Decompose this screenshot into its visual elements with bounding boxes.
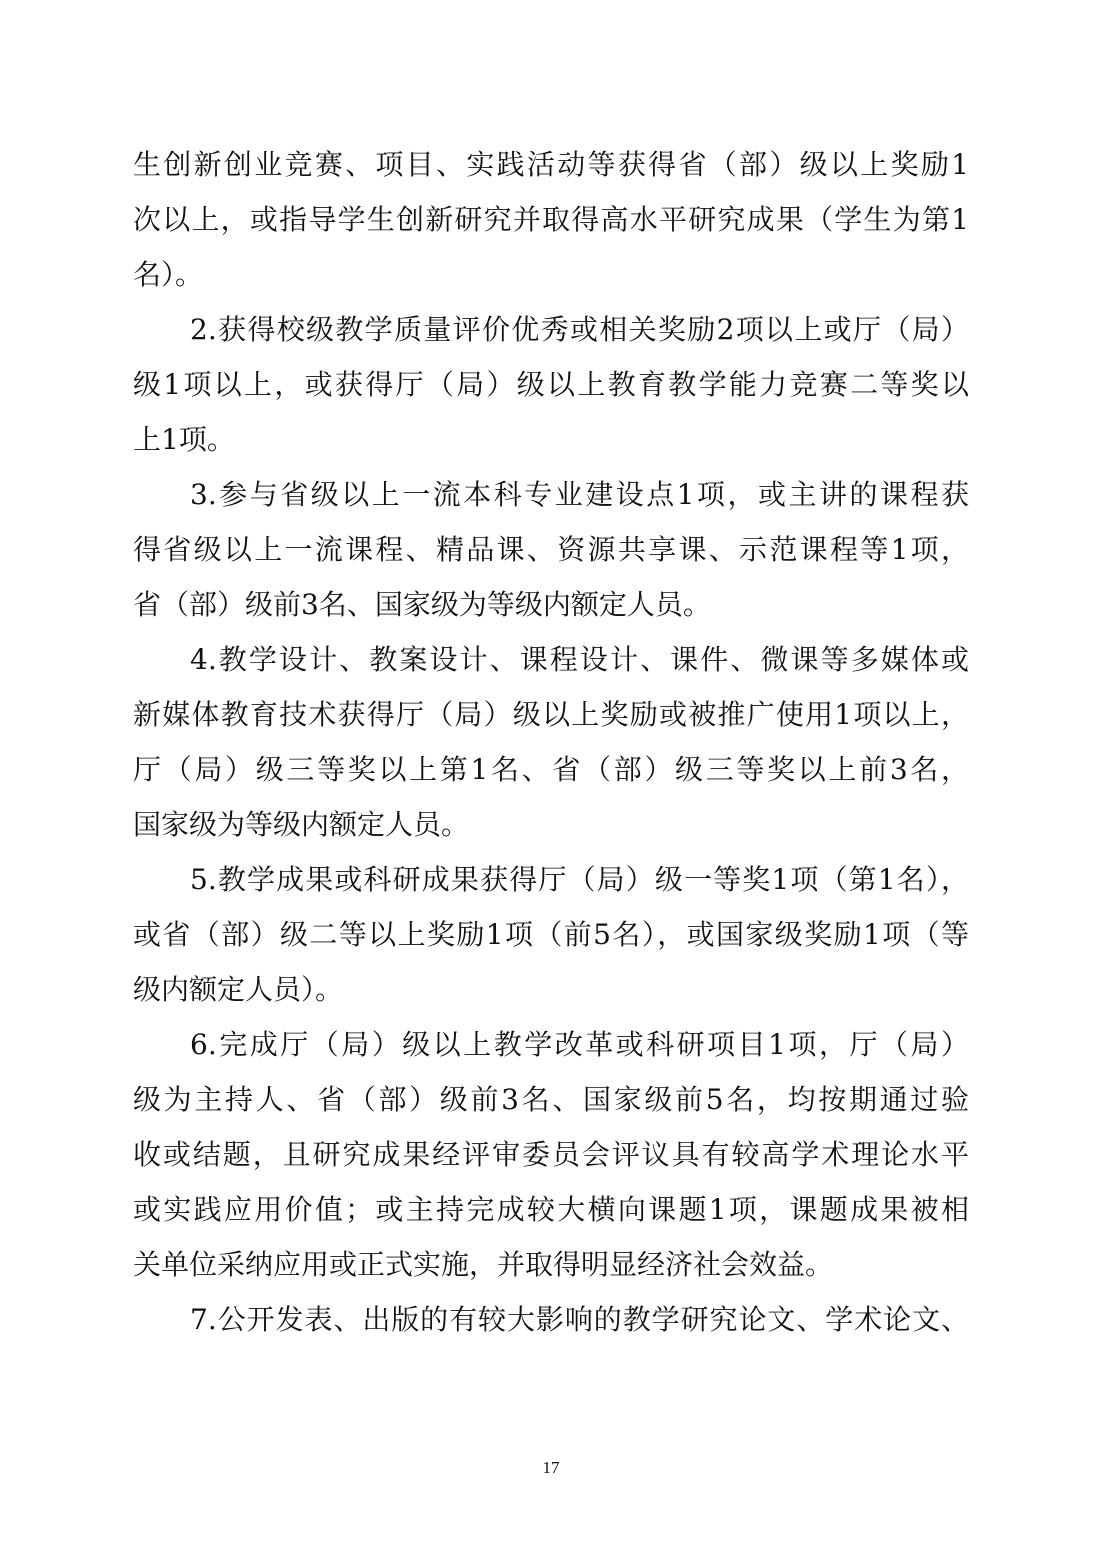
text-line: 厅（局）级三等奖以上第1名、省（部）级三等奖以上前3名， — [133, 750, 969, 790]
text-line: 名）。 — [133, 255, 969, 295]
text-line: 得省级以上一流课程、精品课、资源共享课、示范课程等1项， — [133, 530, 969, 570]
document-page: 生创新创业竞赛、项目、实践活动等获得省（部）级以上奖励1次以上，或指导学生创新研… — [0, 0, 1102, 1559]
text-line: 收或结题，且研究成果经评审委员会评议具有较高学术理论水平 — [133, 1135, 969, 1175]
text-line: 2.获得校级教学质量评价优秀或相关奖励2项以上或厅（局） — [190, 310, 969, 350]
text-line: 或省（部）级二等以上奖励1项（前5名），或国家级奖励1项（等 — [133, 915, 969, 955]
text-line: 或实践应用价值；或主持完成较大横向课题1项，课题成果被相 — [133, 1190, 969, 1230]
text-line: 6.完成厅（局）级以上教学改革或科研项目1项，厅（局） — [190, 1025, 969, 1065]
text-line: 级内额定人员）。 — [133, 970, 969, 1010]
text-line: 生创新创业竞赛、项目、实践活动等获得省（部）级以上奖励1 — [133, 145, 969, 185]
text-line: 7.公开发表、出版的有较大影响的教学研究论文、学术论文、 — [190, 1300, 969, 1340]
text-line: 4.教学设计、教案设计、课程设计、课件、微课等多媒体或 — [190, 640, 969, 680]
text-line: 5.教学成果或科研成果获得厅（局）级一等奖1项（第1名）， — [190, 860, 969, 900]
text-line: 3.参与省级以上一流本科专业建设点1项，或主讲的课程获 — [190, 475, 969, 515]
page-number: 17 — [0, 1458, 1102, 1478]
text-line: 级为主持人、省（部）级前3名、国家级前5名，均按期通过验 — [133, 1080, 969, 1120]
text-line: 次以上，或指导学生创新研究并取得高水平研究成果（学生为第1 — [133, 200, 969, 240]
text-line: 国家级为等级内额定人员。 — [133, 805, 969, 845]
text-line: 省（部）级前3名、国家级为等级内额定人员。 — [133, 585, 969, 625]
text-line: 新媒体教育技术获得厅（局）级以上奖励或被推广使用1项以上， — [133, 695, 969, 735]
text-line: 上1项。 — [133, 420, 969, 460]
text-line: 关单位采纳应用或正式实施，并取得明显经济社会效益。 — [133, 1245, 969, 1285]
text-line: 级1项以上，或获得厅（局）级以上教育教学能力竞赛二等奖以 — [133, 365, 969, 405]
